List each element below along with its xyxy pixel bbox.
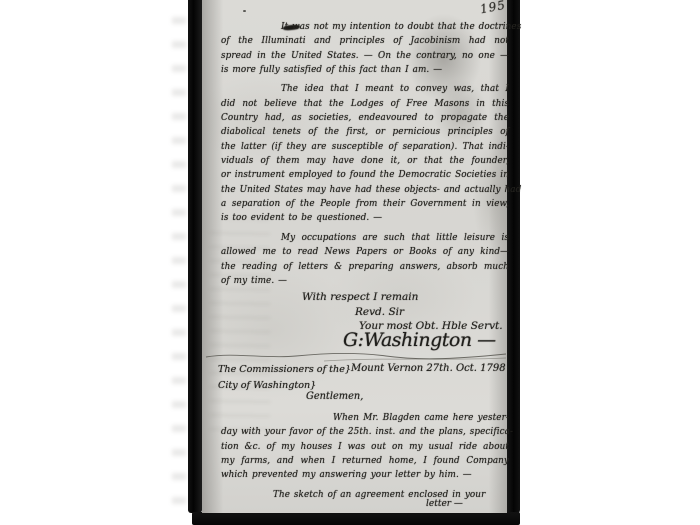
manuscript-line: of the Illuminati and principles of Jaco… (221, 34, 509, 48)
manuscript-line: allowed me to read News Papers or Books … (221, 245, 509, 259)
manuscript-line: the reading of letters & preparing answe… (221, 260, 509, 274)
manuscript-line: the latter (if they are susceptible of s… (221, 140, 509, 154)
manuscript-line: The idea that I meant to convey was, tha… (221, 82, 509, 96)
dateline: Mount Vernon 27th. Oct. 1798 (351, 363, 506, 374)
paragraph: When Mr. Blagden came here yester-day wi… (221, 411, 509, 483)
manuscript-line: is too evident to be questioned. — (221, 211, 509, 225)
manuscript-line: My occupations are such that little leis… (221, 231, 509, 245)
manuscript-scan: 195 It was not my intention to doubt tha… (186, 0, 520, 525)
manuscript-line: The sketch of an agreement enclosed in y… (221, 488, 509, 502)
manuscript-line: my farms, and when I returned home, I fo… (221, 454, 509, 468)
manuscript-line: or instrument employed to found the Demo… (221, 168, 509, 182)
letter2-body: When Mr. Blagden came here yester-day wi… (221, 411, 509, 502)
scan-viewport: 195 It was not my intention to doubt tha… (0, 0, 700, 525)
paragraph: My occupations are such that little leis… (221, 231, 509, 288)
page-number: 195 (479, 0, 507, 16)
ink-speck (243, 10, 246, 12)
manuscript-line: When Mr. Blagden came here yester- (221, 411, 509, 425)
manuscript-line: tion &c. of my houses I was out on my us… (221, 440, 509, 454)
manuscript-line: which prevented my answering your letter… (221, 468, 509, 482)
manuscript-line: the United States may have had these obj… (221, 183, 509, 197)
manuscript-line: viduals of them may have done it, or tha… (221, 154, 509, 168)
recipient-line-1: The Commissioners of the} (218, 362, 351, 378)
paragraph: It was not my intention to doubt that th… (221, 20, 509, 77)
paragraph: The idea that I meant to convey was, tha… (221, 82, 509, 225)
paragraph: The sketch of an agreement enclosed in y… (221, 488, 509, 502)
manuscript-line: It was not my intention to doubt that th… (221, 20, 509, 34)
manuscript-line: a separation of the People from their Go… (221, 197, 509, 211)
manuscript-line: did not believe that the Lodges of Free … (221, 97, 509, 111)
recipient-block: The Commissioners of the} City of Washin… (218, 362, 351, 393)
scan-left-border (188, 0, 202, 513)
manuscript-line: of my time. — (221, 274, 509, 288)
closing-line-2: Revd. Sir (355, 306, 404, 318)
closing-line-1: With respect I remain (302, 291, 418, 303)
manuscript-line: Country had, as societies, endeavoured t… (221, 111, 509, 125)
manuscript-line: is more fully satisfied of this fact tha… (221, 63, 509, 77)
scan-bottom-border (192, 512, 520, 525)
letter1-body: It was not my intention to doubt that th… (221, 20, 509, 288)
manuscript-page: 195 It was not my intention to doubt tha… (202, 0, 507, 513)
page-edge-bleed (172, 4, 186, 504)
salutation: Gentlemen, (306, 391, 363, 402)
manuscript-line: day with your favor of the 25th. inst. a… (221, 425, 509, 439)
manuscript-line: spread in the United States. — On the co… (221, 49, 509, 63)
catchword: letter — (426, 499, 463, 509)
manuscript-line: diabolical tenets of the first, or perni… (221, 125, 509, 139)
